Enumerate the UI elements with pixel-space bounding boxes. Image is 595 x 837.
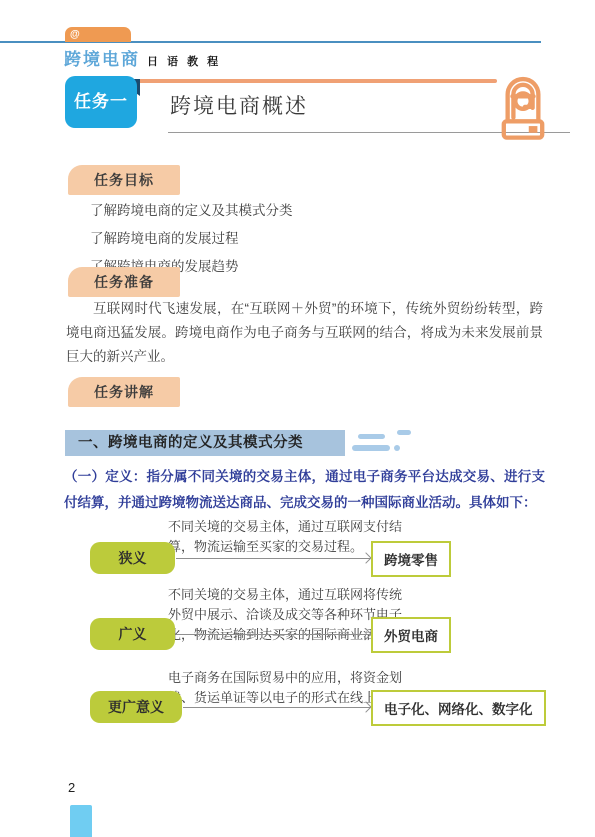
footer-corner-block bbox=[70, 805, 92, 837]
subsection-heading: 一、跨境电商的定义及其模式分类 bbox=[65, 430, 345, 456]
task-number-badge: 任务一 bbox=[65, 76, 137, 128]
objective-item: 了解跨境电商的发展过程 bbox=[90, 225, 293, 253]
heading-swoosh-decoration bbox=[352, 428, 418, 452]
diagram-arrow bbox=[183, 707, 370, 708]
page-title: 跨境电商概述 bbox=[170, 90, 308, 120]
textbook-page: @ 跨境电商日 语 教 程 任务一 跨境电商概述 任务目标 了解跨境电商的定义及… bbox=[0, 0, 595, 837]
diagram-term-narrow: 狭义 bbox=[90, 542, 175, 574]
customer-service-icon bbox=[499, 66, 547, 142]
brand-subtitle: 日 语 教 程 bbox=[147, 56, 221, 68]
diagram-arrow bbox=[176, 634, 370, 635]
preparation-paragraph: 互联网时代飞速发展，在“互联网＋外贸”的环境下，传统外贸纷纷转型，跨境电商迅猛发… bbox=[66, 297, 543, 369]
diagram-arrow bbox=[176, 558, 370, 559]
section-label-objectives: 任务目标 bbox=[68, 165, 180, 195]
diagram-term-broader: 更广意义 bbox=[90, 691, 182, 723]
page-number: 2 bbox=[68, 780, 75, 795]
diagram-result-box: 跨境零售 bbox=[371, 541, 451, 577]
at-icon: @ bbox=[65, 27, 131, 42]
banner-accent-line bbox=[128, 79, 497, 83]
diagram-result-box: 外贸电商 bbox=[371, 617, 451, 653]
brand-title: 跨境电商 bbox=[64, 50, 140, 69]
section-label-explanation: 任务讲解 bbox=[68, 377, 180, 407]
section-label-preparation: 任务准备 bbox=[68, 267, 180, 297]
task-number-label: 任务一 bbox=[74, 92, 128, 111]
definition-paragraph: （一）定义：指分属不同关境的交易主体，通过电子商务平台达成交易、进行支付结算，并… bbox=[64, 464, 545, 517]
at-symbol: @ bbox=[70, 29, 80, 40]
objective-item: 了解跨境电商的定义及其模式分类 bbox=[90, 197, 293, 225]
diagram-result-box: 电子化、网络化、数字化 bbox=[371, 690, 546, 726]
diagram-term-broad: 广义 bbox=[90, 618, 175, 650]
brand: 跨境电商日 语 教 程 bbox=[64, 45, 221, 70]
